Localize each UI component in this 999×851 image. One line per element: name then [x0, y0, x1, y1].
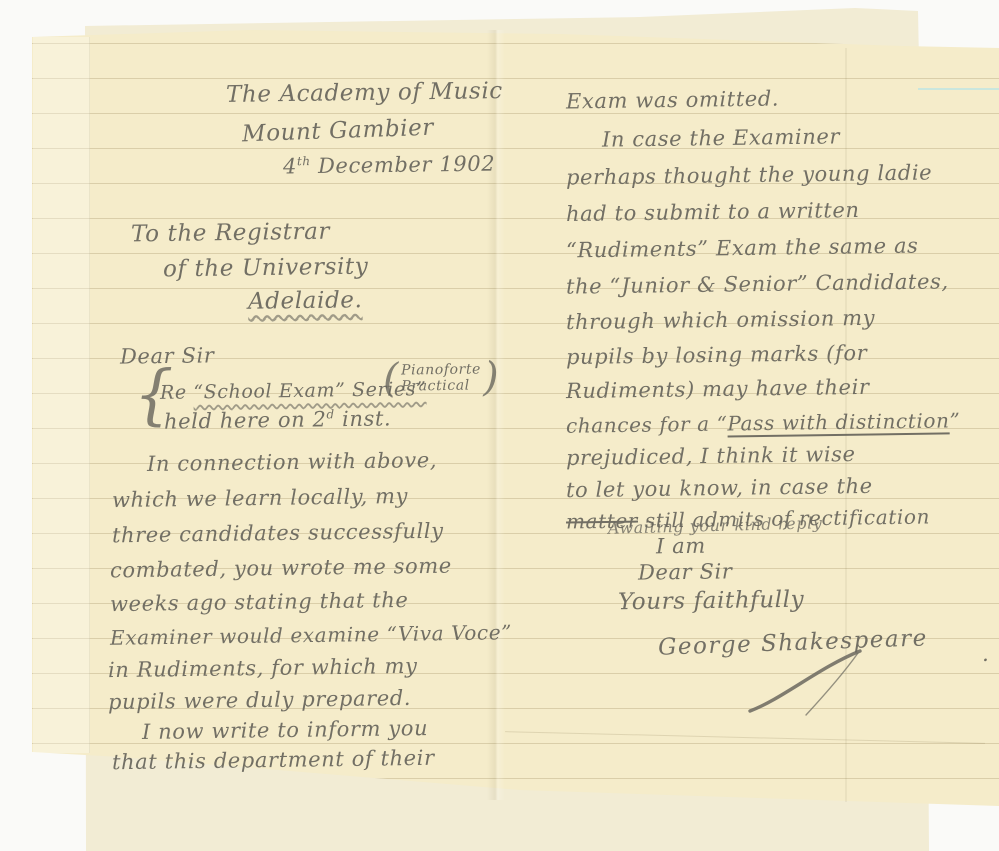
body-line: weeks ago stating that the [110, 588, 409, 616]
subject-re: Re [160, 381, 194, 403]
body-line: through which omission my [566, 306, 875, 334]
body-line: I now write to inform you [142, 716, 428, 744]
body-line: In case the Examiner [602, 124, 840, 151]
letter-date: 4th December 1902 [283, 152, 496, 179]
letter-date-suffix: th [297, 154, 311, 168]
recipient-line-2: of the University [163, 254, 369, 283]
paren-open: ( [383, 361, 400, 397]
pass-line-post: ” [949, 408, 960, 432]
body-line: had to submit to a written [566, 198, 860, 226]
letter-date-rest: December 1902 [311, 152, 496, 179]
body-line: Exam was omitted. [566, 87, 779, 114]
body-line: that this department of their [112, 746, 435, 775]
letter-date-day: 4 [283, 154, 297, 178]
scanned-letter: The Academy of Music Mount Gambier 4th D… [0, 0, 999, 851]
body-line: which we learn locally, my [112, 484, 408, 512]
body-line: in Rudiments, for which my [108, 654, 418, 682]
recipient-line-1: To the Registrar [131, 219, 330, 248]
pass-line-pre: chances for a “ [566, 412, 728, 438]
sender-place: Mount Gambier [242, 115, 435, 148]
body-line: Examiner would examine “Viva Voce” [110, 620, 512, 650]
subject-held-post: inst. [335, 406, 392, 431]
closing-line: Dear Sir [638, 559, 733, 584]
body-line: combated, you wrote me some [110, 554, 452, 583]
closing-line: I am [656, 534, 706, 559]
pass-with-distinction: Pass with distinction [727, 408, 949, 435]
signature-flourish [748, 645, 878, 717]
sender-organization: The Academy of Music [226, 78, 503, 108]
body-line: the “Junior & Senior” Candidates, [566, 269, 949, 298]
body-line: prejudiced, I think it wise [566, 442, 856, 470]
body-line: three candidates successfully [112, 519, 444, 548]
body-line: Rudiments) may have their [566, 375, 870, 403]
subject-held-line: held here on 2d inst. [164, 406, 392, 433]
subject-held-sup: d [326, 407, 334, 421]
recipient-line-3: Adelaide. [248, 287, 363, 315]
body-line: “Rudiments” Exam the same as [566, 234, 919, 263]
body-line: pupils by losing marks (for [566, 341, 868, 369]
body-line: In connection with above, [147, 448, 437, 476]
subject-paren-word-2: Practical [401, 377, 481, 394]
paren-close: ) [483, 359, 500, 395]
closing-line: Yours faithfully [618, 587, 805, 616]
subject-held-pre: held here on 2 [164, 407, 327, 433]
body-line: to let you know, in case the [566, 474, 873, 502]
body-line-pass: chances for a “Pass with distinction” [566, 408, 961, 438]
subject-paren-word-1: Pianoforte [401, 361, 481, 378]
signature-period: . [982, 642, 990, 666]
subject-paren-note: (PianofortePractical) [383, 359, 500, 397]
body-line: pupils were duly prepared. [108, 686, 411, 714]
body-line: perhaps thought the young ladie [566, 160, 933, 189]
handwriting-layer: The Academy of Music Mount Gambier 4th D… [0, 0, 999, 851]
